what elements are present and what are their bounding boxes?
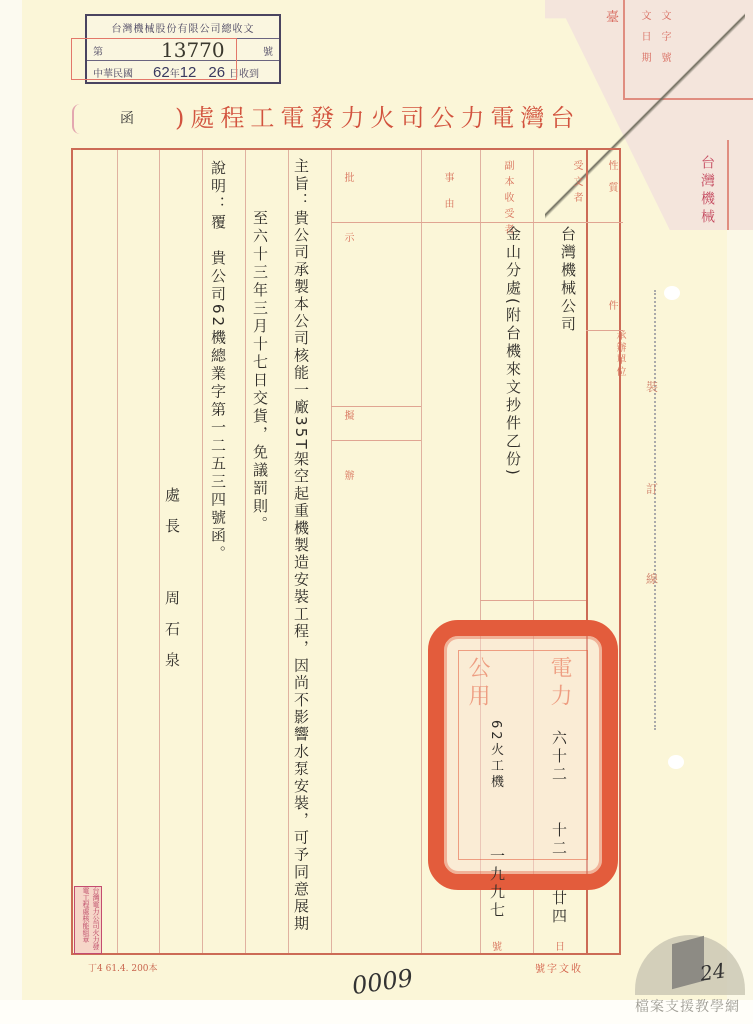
watermark-text: 檔案支援教學網 [635, 996, 740, 1016]
issue-ref-prefix: 62火工機 [489, 720, 502, 791]
punch-hole [668, 755, 684, 769]
binding-label: 裝 [646, 378, 658, 395]
receipt-red-overlay [71, 38, 237, 80]
binding-label: 線 [646, 570, 658, 587]
issue-date-day: 廿四 [551, 890, 566, 926]
recipient-value: 台灣機械公司 [560, 226, 575, 334]
form-print-code: 丁4 61.4. 200本 [88, 961, 158, 974]
nature-item-label: 件 [604, 300, 619, 322]
handwritten-corner-number: 24 [698, 958, 727, 985]
handling-unit-label: 承辦單位 [612, 330, 627, 378]
side-seal-stamp: 台灣電力公司火力發電工程處核能組章 [74, 886, 102, 954]
signature-name: 周石泉 [164, 590, 179, 683]
reason-label: 事由 [440, 172, 455, 224]
instruction-label: 批示 [340, 172, 355, 292]
left-bracket-mark [72, 104, 84, 134]
receipt-number-label: 號字文收 [535, 960, 583, 975]
form-title: )處程工電發力火司公力電灣台 [175, 98, 580, 133]
binding-label: 訂 [646, 480, 658, 497]
issue-ref-number: 一九九七 [489, 848, 504, 920]
receipt-stamp: 台灣機械股份有限公司總收文 第 13770 號 中華民國 62 年 12 26 … [85, 14, 281, 84]
subject-continuation: 至六十三年三月十七日交貨，免議罰則。 [252, 210, 267, 534]
subject-text: 主旨：貴公司承製本公司核能一廠35T架空起重機製造安裝工程，因尚不影響水泵安裝，… [293, 158, 308, 932]
scan-margin [0, 0, 22, 1024]
issue-date-month: 十二 [551, 822, 566, 858]
signature-title: 處長 [164, 487, 179, 549]
binding-line [654, 290, 656, 730]
nature-label: 性質 [604, 160, 619, 204]
issue-date-day-suffix: 日 [555, 938, 565, 953]
form-title-text: )處程工電發力火司公力電灣台 [175, 98, 580, 133]
receipt-stamp-header: 台灣機械股份有限公司總收文 [87, 16, 279, 38]
official-seal: 公用 電力 [428, 620, 618, 890]
receipt-number-suffix: 號 [263, 43, 273, 58]
draft-label: 擬辦 [340, 410, 355, 530]
explanation-text: 說明：覆 貴公司62機總業字第一二五三四號函。 [210, 160, 225, 563]
issue-ref-suffix: 號 [492, 938, 502, 953]
doc-type: 函 [120, 108, 134, 128]
copy-recipient-value: 金山分處(附台機來文抄件乙份) [505, 226, 520, 478]
issue-date-year: 六十二 [551, 730, 566, 784]
recipient-label: 受文者 [569, 160, 584, 208]
punch-hole [664, 286, 680, 300]
